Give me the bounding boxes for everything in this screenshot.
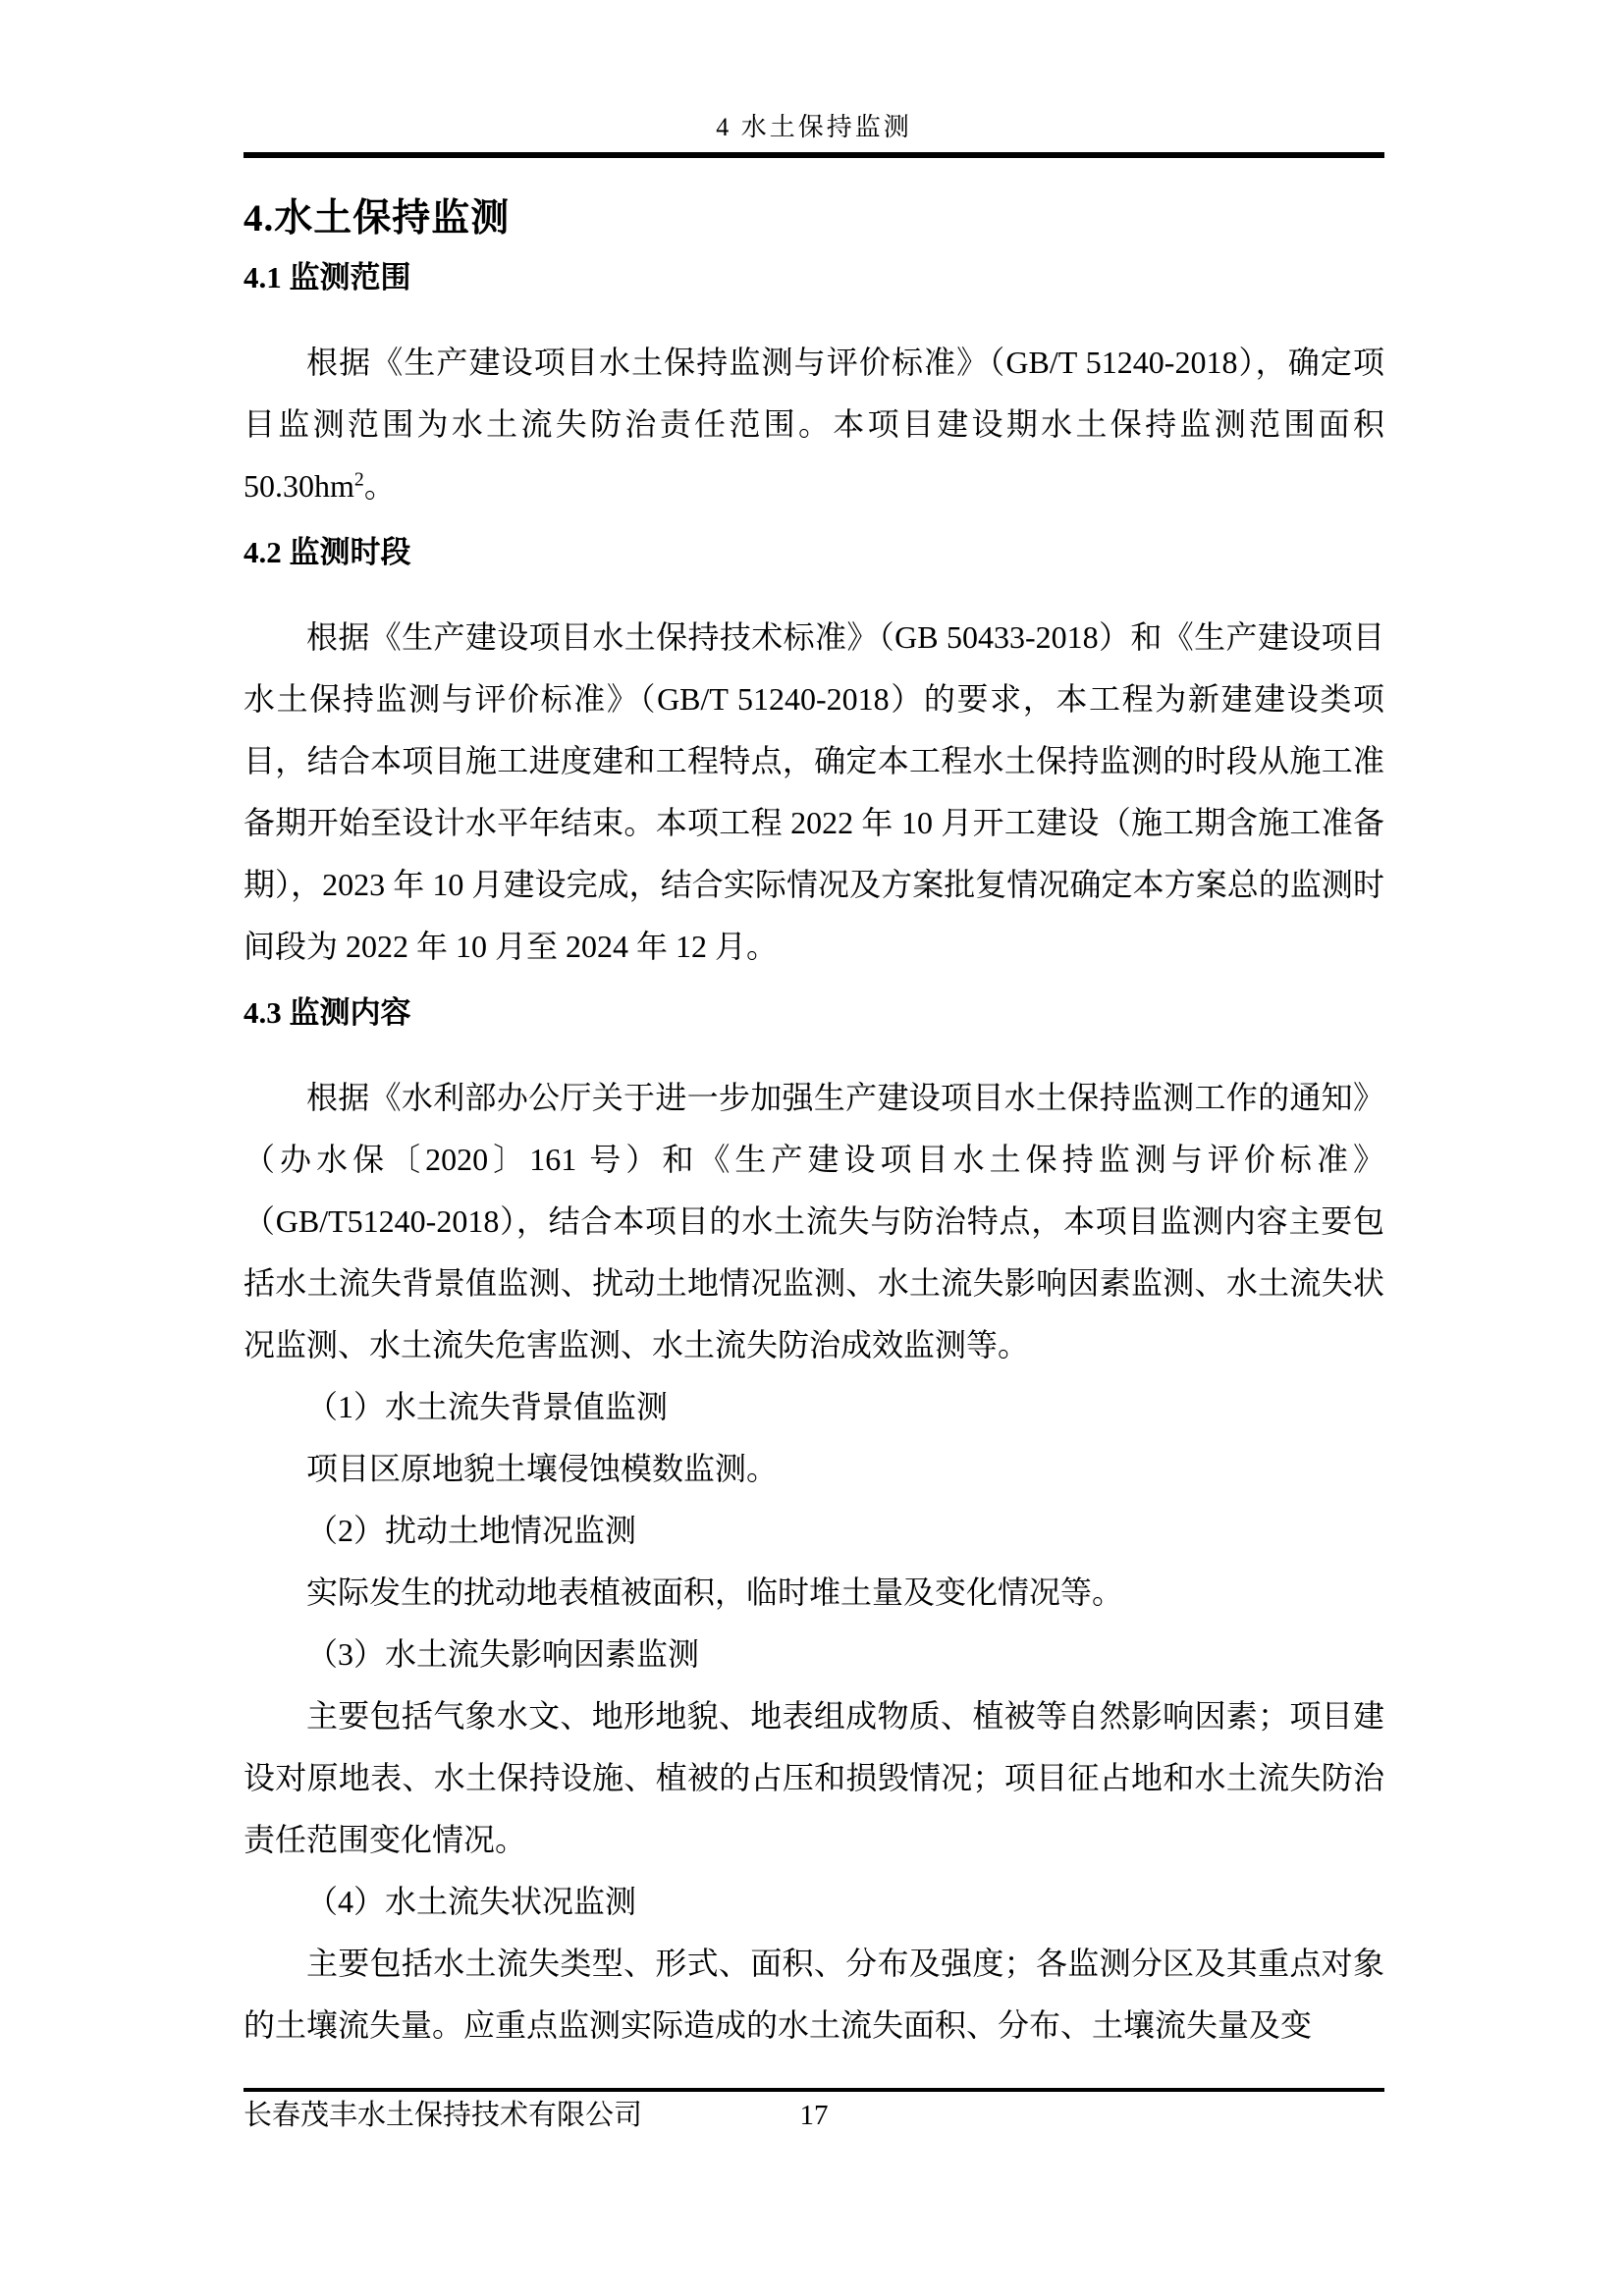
paragraph-monitor-period: 根据《生产建设项目水土保持技术标准》（GB 50433-2018）和《生产建设项… (244, 607, 1384, 978)
list-item-4-title: （4）水土流失状况监测 (244, 1871, 1384, 1933)
list-item-1-title: （1）水土流失背景值监测 (244, 1376, 1384, 1438)
superscript-2: 2 (354, 468, 364, 490)
running-header-title: 4 水土保持监测 (244, 0, 1384, 145)
page-header: 4 水土保持监测 (244, 0, 1384, 158)
document-content: 4.水土保持监测 4.1 监测范围 根据《生产建设项目水土保持监测与评价标准》（… (244, 158, 1384, 2056)
document-page: 4 水土保持监测 4.水土保持监测 4.1 监测范围 根据《生产建设项目水土保持… (0, 0, 1624, 2296)
section-heading-4-3: 4.3 监测内容 (244, 993, 1384, 1033)
list-item-4-body: 主要包括水土流失类型、形式、面积、分布及强度；各监测分区及其重点对象的土壤流失量… (244, 1933, 1384, 2056)
footer-company: 长春茂丰水土保持技术有限公司 (244, 2097, 642, 2134)
paragraph-monitor-scope: 根据《生产建设项目水土保持监测与评价标准》（GB/T 51240-2018），确… (244, 332, 1384, 517)
list-item-2-title: （2）扰动土地情况监测 (244, 1500, 1384, 1562)
paragraph-text-tail: 。 (364, 468, 396, 504)
section-heading-4-1: 4.1 监测范围 (244, 258, 1384, 297)
list-item-2-body: 实际发生的扰动地表植被面积，临时堆土量及变化情况等。 (244, 1562, 1384, 1624)
section-heading-4-2: 4.2 监测时段 (244, 533, 1384, 572)
list-item-1-body: 项目区原地貌土壤侵蚀模数监测。 (244, 1438, 1384, 1500)
paragraph-monitor-content-intro: 根据《水利部办公厅关于进一步加强生产建设项目水土保持监测工作的通知》（办水保〔2… (244, 1067, 1384, 1376)
paragraph-text: 根据《生产建设项目水土保持监测与评价标准》（GB/T 51240-2018），确… (244, 345, 1384, 504)
chapter-title: 4.水土保持监测 (244, 195, 1384, 242)
footer-row: 长春茂丰水土保持技术有限公司 17 (244, 2092, 1384, 2134)
list-item-3-title: （3）水土流失影响因素监测 (244, 1624, 1384, 1685)
footer-page-number: 17 (800, 2097, 829, 2134)
page-footer: 长春茂丰水土保持技术有限公司 17 (244, 2088, 1384, 2134)
list-item-3-body: 主要包括气象水文、地形地貌、地表组成物质、植被等自然影响因素；项目建设对原地表、… (244, 1685, 1384, 1871)
